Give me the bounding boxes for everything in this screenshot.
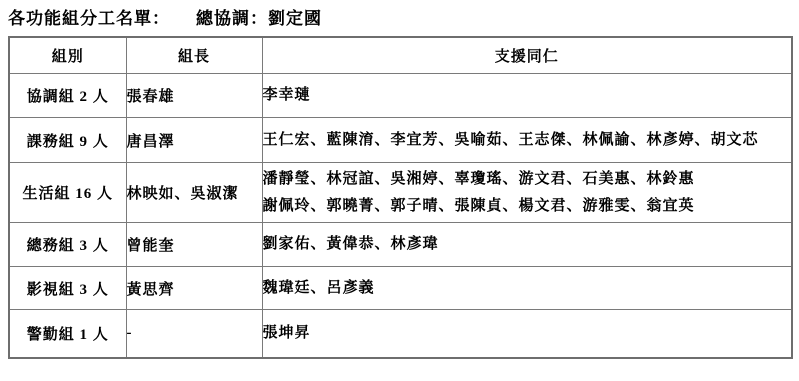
group-leader-cell: 林映如、吳淑潔 bbox=[126, 163, 262, 223]
header-leader: 組長 bbox=[126, 37, 262, 74]
table-row: 總務組 3 人 曾能奎 劉家佑、黃偉恭、林彥瑋 bbox=[9, 223, 792, 267]
title-roster-label: 各功能組分工名單： bbox=[8, 9, 170, 28]
table-row: 影視組 3 人 黃思齊 魏瑋廷、呂彥義 bbox=[9, 267, 792, 310]
support-members-cell: 潘靜瑩、林冠誼、吳湘婷、辜瓊瑤、游文君、石美惠、林鈴惠 謝佩玲、郭曉菁、郭子晴、… bbox=[262, 163, 792, 223]
group-name-cell: 課務組 9 人 bbox=[9, 118, 126, 163]
support-line: 潘靜瑩、林冠誼、吳湘婷、辜瓊瑤、游文君、石美惠、林鈴惠 bbox=[263, 166, 792, 193]
support-line: 王仁宏、藍陳淯、李宜芳、吳喻茹、王志傑、林佩諭、林彥婷、胡文芯 bbox=[263, 127, 792, 154]
support-members-cell: 李幸璉 bbox=[262, 74, 792, 118]
group-name-cell: 生活組 16 人 bbox=[9, 163, 126, 223]
support-line: 謝佩玲、郭曉菁、郭子晴、張陳貞、楊文君、游雅雯、翁宜英 bbox=[263, 193, 792, 220]
support-members-cell: 魏瑋廷、呂彥義 bbox=[262, 267, 792, 310]
group-name-cell: 警勤組 1 人 bbox=[9, 310, 126, 358]
support-members-cell: 王仁宏、藍陳淯、李宜芳、吳喻茹、王志傑、林佩諭、林彥婷、胡文芯 bbox=[262, 118, 792, 163]
header-group: 組別 bbox=[9, 37, 126, 74]
support-members-cell: 劉家佑、黃偉恭、林彥瑋 bbox=[262, 223, 792, 267]
group-name-cell: 影視組 3 人 bbox=[9, 267, 126, 310]
group-name-cell: 總務組 3 人 bbox=[9, 223, 126, 267]
group-leader-cell: 曾能奎 bbox=[126, 223, 262, 267]
document-title: 各功能組分工名單：總協調：劉定國 bbox=[8, 6, 792, 36]
group-leader-cell: 黃思齊 bbox=[126, 267, 262, 310]
table-row: 課務組 9 人 唐昌澤 王仁宏、藍陳淯、李宜芳、吳喻茹、王志傑、林佩諭、林彥婷、… bbox=[9, 118, 792, 163]
support-line: 張坤昇 bbox=[263, 320, 792, 347]
support-line: 李幸璉 bbox=[263, 82, 792, 109]
table-row: 警勤組 1 人 - 張坤昇 bbox=[9, 310, 792, 358]
group-name-cell: 協調組 2 人 bbox=[9, 74, 126, 118]
group-leader-cell: 張春雄 bbox=[126, 74, 262, 118]
support-members-cell: 張坤昇 bbox=[262, 310, 792, 358]
roster-table: 組別 組長 支援同仁 協調組 2 人 張春雄 李幸璉 課務組 9 人 唐昌澤 王… bbox=[8, 36, 793, 359]
support-line: 劉家佑、黃偉恭、林彥瑋 bbox=[263, 231, 792, 258]
support-line: 魏瑋廷、呂彥義 bbox=[263, 275, 792, 302]
table-header-row: 組別 組長 支援同仁 bbox=[9, 37, 792, 74]
document-page: 各功能組分工名單：總協調：劉定國 組別 組長 支援同仁 協調組 2 人 張春雄 … bbox=[8, 6, 792, 359]
table-row: 生活組 16 人 林映如、吳淑潔 潘靜瑩、林冠誼、吳湘婷、辜瓊瑤、游文君、石美惠… bbox=[9, 163, 792, 223]
table-row: 協調組 2 人 張春雄 李幸璉 bbox=[9, 74, 792, 118]
group-leader-cell: - bbox=[126, 310, 262, 358]
group-leader-cell: 唐昌澤 bbox=[126, 118, 262, 163]
title-coordinator-label: 總協調：劉定國 bbox=[196, 6, 322, 32]
header-support: 支援同仁 bbox=[262, 37, 792, 74]
